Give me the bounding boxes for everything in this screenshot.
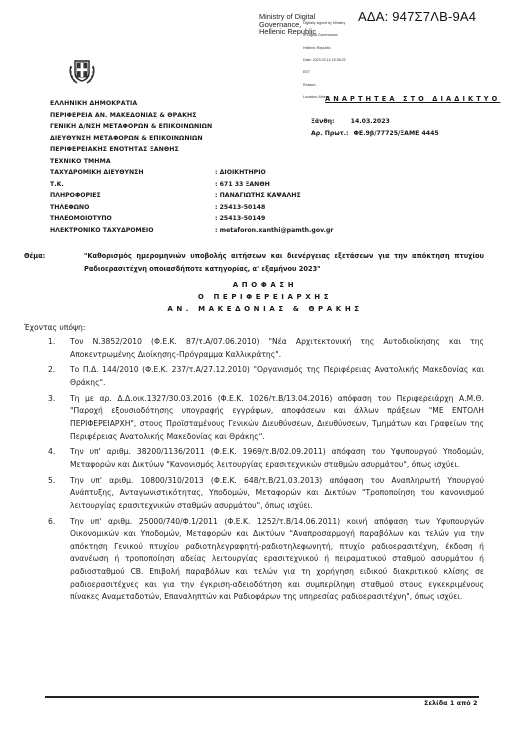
protocol-label: Αρ. Πρωτ.: (311, 130, 348, 137)
protocol-value: ΦΕ.9β/77725/ΞΑΜΕ 4445 (354, 130, 439, 137)
signature-line: Hellenic Republic (303, 46, 346, 50)
considering-heading: Έχοντας υπόψη: (24, 322, 85, 335)
item-text: Την υπ' αριθμ. 10800/310/2013 (Φ.Ε.Κ. 64… (70, 475, 484, 513)
subject-label: Θέμα: (24, 250, 45, 263)
contact-value: : ΔΙΟΙΚΗΤΗΡΙΟ (215, 169, 266, 176)
list-item: 4. Την υπ' αριθμ. 38200/1136/2011 (Φ.Ε.Κ… (24, 446, 484, 471)
item-number: 6. (48, 516, 55, 529)
signature-line: of Digital Governance, (303, 33, 346, 37)
date-value: 14.03.2023 (351, 118, 390, 125)
item-number: 2. (48, 364, 55, 377)
authority-line: ΠΕΡΙΦΕΡΕΙΑ ΑΝ. ΜΑΚΕΔΟΝΙΑΣ & ΘΡΑΚΗΣ (50, 112, 197, 119)
contact-label: ΤΑΧΥΔΡΟΜΙΚΗ ΔΙΕΥΘΥΝΣΗ (50, 169, 144, 176)
posted-online-notice: ΑΝΑΡΤΗΤΕΑ ΣΤΟ ΔΙΑΔΙΚΤΥΟ (325, 95, 500, 103)
signature-line: Digitally signed by Ministry (303, 21, 346, 25)
date-row: Ξάνθη: 14.03.2023 (311, 118, 390, 125)
page-number: Σελίδα 1 από 2 (424, 699, 478, 707)
contact-label: Τ.Κ. (50, 181, 64, 188)
contact-value: : ΠΑΝΑΓΙΩΤΗΣ ΚΑΨΑΛΗΣ (215, 192, 301, 199)
decision-title: ΑΠΟΦΑΣΗ (0, 281, 530, 289)
item-text: Την υπ' αριθμ. 25000/740/Φ.1/2011 (Φ.Ε.Κ… (70, 516, 484, 604)
contact-value: : 25413-50148 (215, 204, 265, 211)
signature-details: Digitally signed by Ministry of Digital … (303, 13, 346, 103)
subject-text: "Καθορισμός ημερομηνιών υποβολής αιτήσεω… (84, 250, 484, 275)
authority-line: ΠΕΡΙΦΕΡΕΙΑΚΗΣ ΕΝΟΤΗΤΑΣ ΞΑΝΘΗΣ (50, 146, 179, 153)
list-item: 5. Την υπ' αριθμ. 10800/310/2013 (Φ.Ε.Κ.… (24, 475, 484, 513)
contact-value: : 25413-50149 (215, 215, 265, 222)
authority-line: ΔΙΕΥΘΥΝΣΗ ΜΕΤΑΦΟΡΩΝ & ΕΠΙΚΟΙΝΩΝΙΩΝ (50, 135, 203, 142)
signature-line: Date: 2023.03.14 15:38:22 (303, 58, 346, 62)
list-item: 2. Το Π.Δ. 144/2010 (Φ.Ε.Κ. 237/τ.Α/27.1… (24, 364, 484, 389)
item-number: 4. (48, 446, 55, 459)
signature-line: EET (303, 70, 346, 74)
contact-label: ΠΛΗΡΟΦΟΡΙΕΣ (50, 192, 101, 199)
email-link[interactable]: : metaforon.xanthi@pamth.gov.gr (215, 227, 333, 234)
list-item: 3. Τη με αρ. Δ.Δ.οικ.1327/30.03.2016 (Φ.… (24, 393, 484, 443)
ada-code: ΑΔΑ: 947Σ7ΛΒ-9Α4 (358, 9, 476, 24)
authority-line: ΕΛΛΗΝΙΚΗ ΔΗΜΟΚΡΑΤΙΑ (50, 100, 137, 107)
list-item: 6. Την υπ' αριθμ. 25000/740/Φ.1/2011 (Φ.… (24, 516, 484, 604)
decision-issuer: Ο ΠΕΡΙΦΕΡΕΙΑΡΧΗΣ (0, 293, 530, 301)
contact-label: ΤΗΛΕΦΩΝΟ (50, 204, 89, 211)
authority-line: ΤΕΧΝΙΚΟ ΤΜΗΜΑ (50, 158, 111, 165)
decision-region: ΑΝ. ΜΑΚΕΔΟΝΙΑΣ & ΘΡΑΚΗΣ (0, 305, 530, 313)
list-item: 1. Τον Ν.3852/2010 (Φ.Ε.Κ. 87/τ.Α/07.06.… (24, 336, 484, 361)
item-text: Το Π.Δ. 144/2010 (Φ.Ε.Κ. 237/τ.Α/27.12.2… (70, 364, 484, 389)
signature-line: Reason: (303, 83, 346, 87)
protocol-row: Αρ. Πρωτ.: ΦΕ.9β/77725/ΞΑΜΕ 4445 (311, 130, 439, 137)
contact-label: ΗΛΕΚΤΡΟΝΙΚΟ ΤΑΧΥΔΡΟΜΕΙΟ (50, 227, 153, 234)
authority-line: ΓΕΝΙΚΗ Δ/ΝΣΗ ΜΕΤΑΦΟΡΩΝ & ΕΠΙΚΟΙΝΩΝΙΩΝ (50, 123, 212, 130)
item-text: Την υπ' αριθμ. 38200/1136/2011 (Φ.Ε.Κ. 1… (70, 446, 484, 471)
item-number: 5. (48, 475, 55, 488)
item-text: Τη με αρ. Δ.Δ.οικ.1327/30.03.2016 (Φ.Ε.Κ… (70, 393, 484, 443)
footer-divider (45, 696, 479, 698)
date-label: Ξάνθη: (311, 118, 335, 125)
contact-label: ΤΗΛΕΟΜΟΙΟΤΥΠΟ (50, 215, 112, 222)
legal-basis-list: 1. Τον Ν.3852/2010 (Φ.Ε.Κ. 87/τ.Α/07.06.… (24, 336, 484, 607)
item-number: 3. (48, 393, 55, 406)
contact-value: : 671 33 ΞΑΝΘΗ (215, 181, 270, 188)
greek-coat-of-arms-icon (67, 56, 97, 86)
item-text: Τον Ν.3852/2010 (Φ.Ε.Κ. 87/τ.Α/07.06.201… (70, 336, 484, 361)
item-number: 1. (48, 336, 55, 349)
